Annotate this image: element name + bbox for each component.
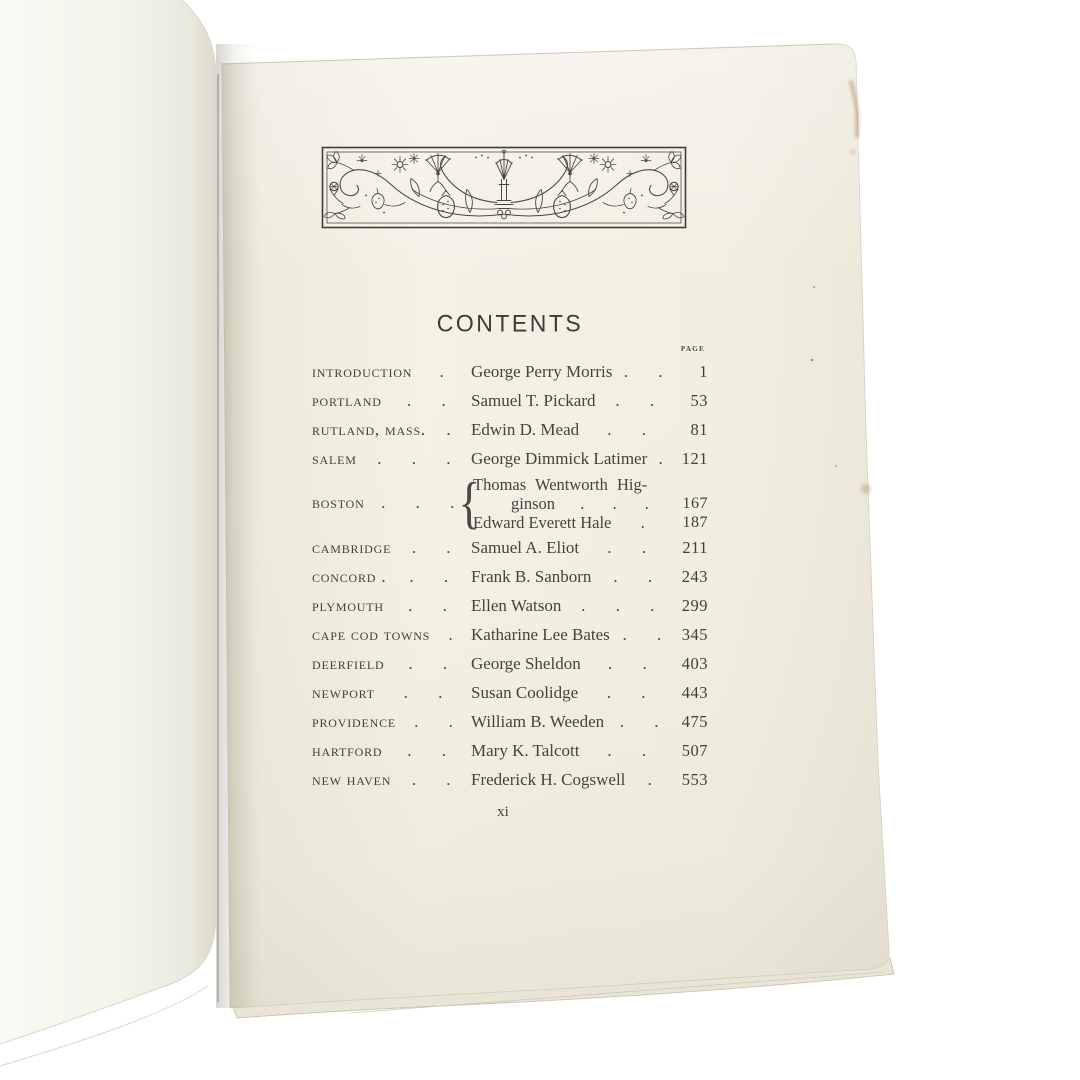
dot-leader: . . bbox=[391, 765, 471, 794]
toc-author: Frank B. Sanborn bbox=[471, 562, 591, 591]
toc-page-number: 507 bbox=[674, 736, 708, 765]
toc-author: George Perry Morris bbox=[471, 357, 612, 386]
dot-leader: . bbox=[430, 620, 471, 649]
toc-author: Samuel T. Pickard bbox=[471, 386, 596, 415]
toc-author: George Dimmick Latimer bbox=[471, 444, 647, 473]
toc-page-number: 243 bbox=[674, 562, 708, 591]
page-title: CONTENTS bbox=[312, 309, 708, 338]
toc-place: Newport bbox=[312, 678, 375, 707]
dot-leader: . . bbox=[382, 386, 471, 415]
toc-author: Mary K. Talcott bbox=[471, 736, 580, 765]
dot-leader: . . bbox=[385, 649, 471, 678]
dot-leader: . . bbox=[581, 649, 674, 678]
toc-page-number: 345 bbox=[674, 620, 708, 649]
toc-page-number: 403 bbox=[674, 649, 708, 678]
toc-page-number: 81 bbox=[674, 415, 708, 444]
dot-leader: . . bbox=[578, 678, 674, 707]
toc-place: Cape Cod Towns bbox=[312, 620, 430, 649]
toc-author: Edward Everett Hale bbox=[473, 513, 611, 532]
toc-page-number: 553 bbox=[674, 765, 708, 794]
toc-row-deerfield: Deerfield. . George Sheldon. .403 bbox=[312, 649, 708, 678]
toc-row-rutland: Rutland, Mass.. Edwin D. Mead. .81 bbox=[312, 415, 708, 444]
toc-place: Boston bbox=[312, 473, 365, 533]
toc-author: George Sheldon bbox=[471, 649, 581, 678]
toc-place: Portland bbox=[312, 386, 382, 415]
dot-leader: . . bbox=[391, 533, 471, 562]
dot-leader: . . bbox=[579, 533, 674, 562]
toc-place: Concord . bbox=[312, 562, 386, 591]
dot-leader: . . bbox=[375, 678, 471, 707]
contents-block: CONTENTS page Introduction. George Perry… bbox=[312, 146, 708, 822]
page-column-header: page bbox=[312, 344, 708, 356]
toc-place: Providence bbox=[312, 707, 396, 736]
dot-leader: . . bbox=[612, 357, 674, 386]
toc-place: Rutland, Mass. bbox=[312, 415, 426, 444]
toc-author: Katharine Lee Bates bbox=[471, 620, 610, 649]
toc-page-number: 187 bbox=[674, 513, 708, 532]
dot-leader: . . . bbox=[561, 591, 674, 620]
toc-author: Ellen Watson bbox=[471, 591, 561, 620]
toc-place: New Haven bbox=[312, 765, 391, 794]
toc-place: Cambridge bbox=[312, 533, 391, 562]
toc-row-plymouth: Plymouth. . Ellen Watson. . .299 bbox=[312, 591, 708, 620]
dot-leader: . . bbox=[610, 620, 674, 649]
toc-row-hartford: Hartford. . Mary K. Talcott. .507 bbox=[312, 736, 708, 765]
toc-author-continued: ginson bbox=[511, 494, 555, 513]
toc-row-cambridge: Cambridge. . Samuel A. Eliot. .211 bbox=[312, 533, 708, 562]
dot-leader: . bbox=[412, 357, 471, 386]
toc-row-new-haven: New Haven. . Frederick H. Cogswell.553 bbox=[312, 765, 708, 794]
toc-row-cape-cod-towns: Cape Cod Towns. Katharine Lee Bates. .34… bbox=[312, 620, 708, 649]
dot-leader: . bbox=[647, 444, 674, 473]
dot-leader: . bbox=[611, 513, 674, 532]
toc-row-newport: Newport. . Susan Coolidge. .443 bbox=[312, 678, 708, 707]
toc-page-number: 299 bbox=[674, 591, 708, 620]
dot-leader: . . bbox=[386, 562, 471, 591]
toc-row-portland: Portland. . Samuel T. Pickard. .53 bbox=[312, 386, 708, 415]
toc-place: Salem bbox=[312, 444, 357, 473]
table-of-contents: Introduction. George Perry Morris. .1 Po… bbox=[312, 357, 708, 794]
dot-leader: . . . bbox=[555, 494, 674, 513]
dot-leader: . . . bbox=[357, 444, 471, 473]
toc-place: Introduction bbox=[312, 357, 412, 386]
toc-page-number: 53 bbox=[674, 386, 708, 415]
dot-leader: . . bbox=[579, 415, 674, 444]
toc-page-number: 211 bbox=[674, 533, 708, 562]
dot-leader: . . bbox=[580, 736, 675, 765]
toc-author: Frederick H. Cogswell bbox=[471, 765, 625, 794]
dot-leader: . . bbox=[382, 736, 471, 765]
toc-page-number: 475 bbox=[674, 707, 708, 736]
toc-author: Susan Coolidge bbox=[471, 678, 578, 707]
dot-leader: . . bbox=[384, 591, 471, 620]
toc-row-boston-group: Boston. . . { Thomas Wentworth Hig- gins… bbox=[312, 473, 708, 533]
toc-row-concord: Concord .. . Frank B. Sanborn. .243 bbox=[312, 562, 708, 591]
toc-author: Samuel A. Eliot bbox=[471, 533, 579, 562]
dot-leader: . . bbox=[596, 386, 675, 415]
toc-page-number: 121 bbox=[674, 444, 708, 473]
grouping-brace: { bbox=[458, 475, 472, 532]
toc-author: Thomas Wentworth Hig- bbox=[473, 475, 647, 494]
toc-author: Edwin D. Mead bbox=[471, 415, 579, 444]
dot-leader: . bbox=[625, 765, 674, 794]
toc-page-number: 1 bbox=[674, 357, 708, 386]
headpiece-floral-engraving-icon bbox=[321, 146, 687, 229]
dot-leader: . . bbox=[591, 562, 674, 591]
dot-leader: . bbox=[426, 415, 471, 444]
dot-leader: . . . bbox=[365, 473, 471, 533]
toc-row-introduction: Introduction. George Perry Morris. .1 bbox=[312, 357, 708, 386]
folio-number: xi bbox=[312, 802, 708, 822]
toc-page-number: 167 bbox=[674, 494, 708, 513]
toc-place: Plymouth bbox=[312, 591, 384, 620]
toc-author: William B. Weeden bbox=[471, 707, 604, 736]
toc-row-salem: Salem. . . George Dimmick Latimer.121 bbox=[312, 444, 708, 473]
toc-page-number: 443 bbox=[674, 678, 708, 707]
page-sheet: CONTENTS page Introduction. George Perry… bbox=[0, 0, 1080, 1080]
dot-leader: . . bbox=[604, 707, 674, 736]
toc-row-providence: Providence. . William B. Weeden. .475 bbox=[312, 707, 708, 736]
toc-place: Hartford bbox=[312, 736, 382, 765]
dot-leader: . . bbox=[396, 707, 471, 736]
toc-place: Deerfield bbox=[312, 649, 385, 678]
